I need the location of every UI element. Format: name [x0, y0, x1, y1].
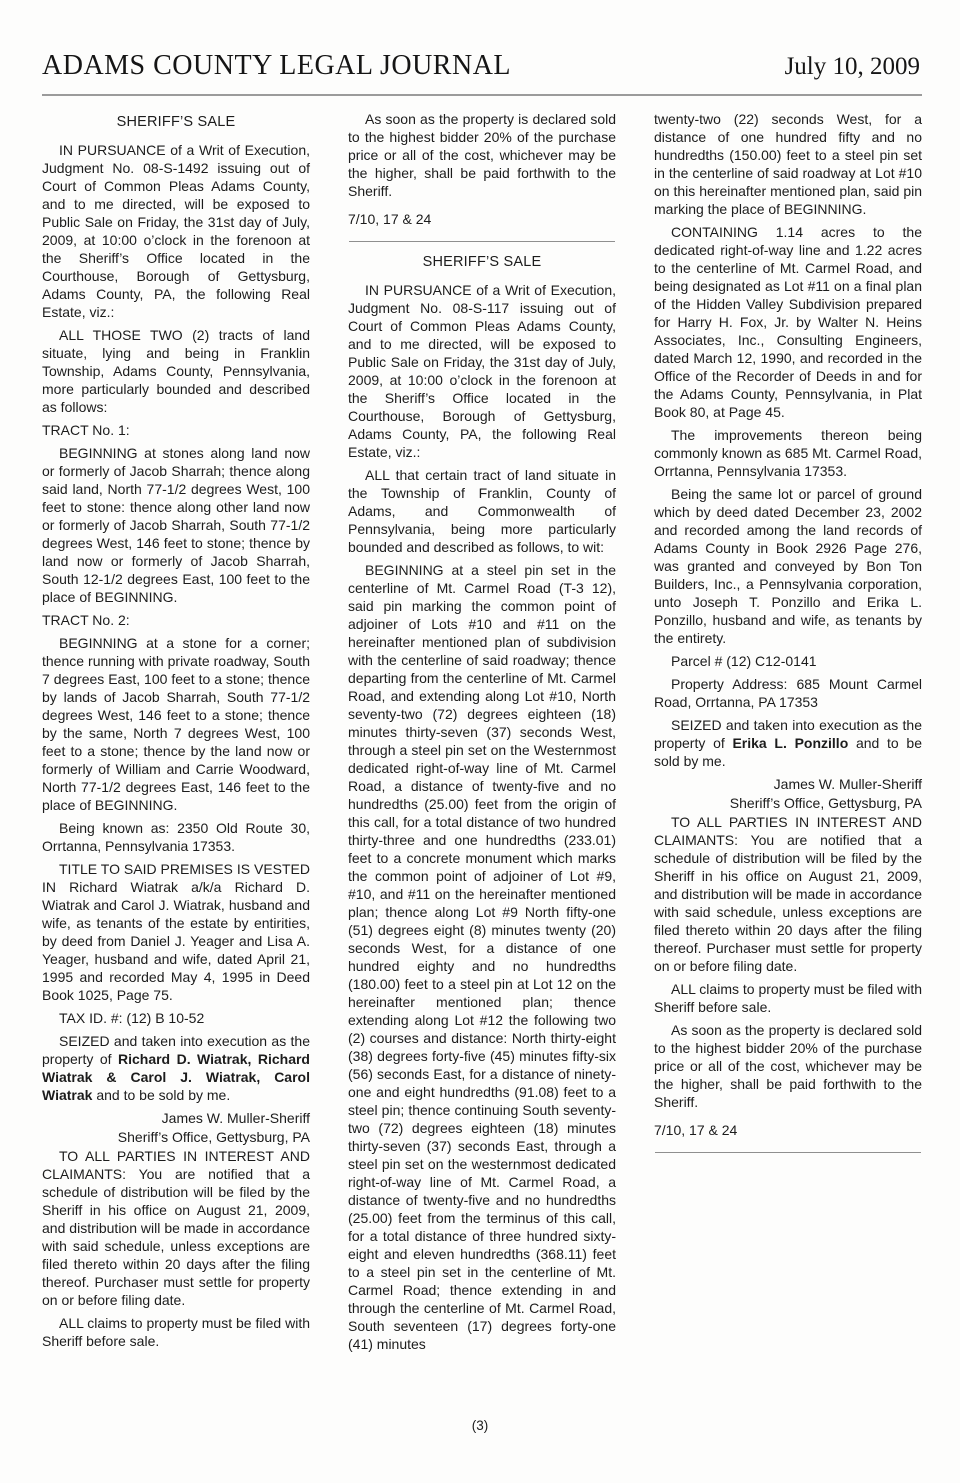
- signature-line: Sheriff’s Office, Gettysburg, PA: [42, 1128, 310, 1146]
- notice-heading: SHERIFF’S SALE: [348, 253, 616, 271]
- paragraph: IN PURSUANCE of a Writ of Execution, Jud…: [42, 141, 310, 321]
- paragraph: TRACT No. 1:: [42, 421, 310, 439]
- page-number: (3): [0, 1418, 960, 1433]
- paragraph: BEGINNING at a stone for a corner; thenc…: [42, 634, 310, 814]
- paragraph: As soon as the property is declared sold…: [348, 110, 616, 200]
- paragraph: IN PURSUANCE of a Writ of Execution, Jud…: [348, 281, 616, 461]
- paragraph: CONTAINING 1.14 acres to the dedicated r…: [654, 223, 922, 421]
- publication-dates: 7/10, 17 & 24: [348, 210, 616, 228]
- paragraph: ALL that certain tract of land situate i…: [348, 466, 616, 556]
- signature-line: James W. Muller-Sheriff: [654, 775, 922, 793]
- paragraph: The improvements thereon being commonly …: [654, 426, 922, 480]
- paragraph: TAX ID. #: (12) B 10-52: [42, 1009, 310, 1027]
- column-3: twenty-two (22) seconds West, for a dist…: [654, 110, 922, 1358]
- paragraph: TO ALL PARTIES IN INTEREST AND CLAIMANTS…: [654, 813, 922, 975]
- publication-dates: 7/10, 17 & 24: [654, 1121, 922, 1139]
- paragraph: Parcel # (12) C12-0141: [654, 652, 922, 670]
- paragraph: SEIZED and taken into execution as the p…: [42, 1032, 310, 1104]
- paragraph: TO ALL PARTIES IN INTEREST AND CLAIMANTS…: [42, 1147, 310, 1309]
- paragraph: twenty-two (22) seconds West, for a dist…: [654, 110, 922, 218]
- column-1: SHERIFF’S SALEIN PURSUANCE of a Writ of …: [42, 110, 310, 1358]
- journal-title: ADAMS COUNTY LEGAL JOURNAL: [42, 50, 511, 82]
- paragraph: BEGINNING at stones along land now or fo…: [42, 444, 310, 606]
- content-columns: SHERIFF’S SALEIN PURSUANCE of a Writ of …: [42, 110, 922, 1358]
- notice-heading: SHERIFF’S SALE: [42, 113, 310, 131]
- column-2: As soon as the property is declared sold…: [348, 110, 616, 1358]
- paragraph: TITLE TO SAID PREMISES IS VESTED IN Rich…: [42, 860, 310, 1004]
- paragraph: TRACT No. 2:: [42, 611, 310, 629]
- notice-divider: [655, 1152, 921, 1153]
- paragraph: BEGINNING at a steel pin set in the cent…: [348, 561, 616, 1353]
- paragraph: Being known as: 2350 Old Route 30, Orrta…: [42, 819, 310, 855]
- signature-line: James W. Muller-Sheriff: [42, 1109, 310, 1127]
- paragraph: Property Address: 685 Mount Carmel Road,…: [654, 675, 922, 711]
- paragraph: ALL claims to property must be filed wit…: [654, 980, 922, 1016]
- paragraph: ALL THOSE TWO (2) tracts of land situate…: [42, 326, 310, 416]
- paragraph: As soon as the property is declared sold…: [654, 1021, 922, 1111]
- paragraph: ALL claims to property must be filed wit…: [42, 1314, 310, 1350]
- paragraph: SEIZED and taken into execution as the p…: [654, 716, 922, 770]
- paragraph: Being the same lot or parcel of ground w…: [654, 485, 922, 647]
- issue-date: July 10, 2009: [785, 53, 920, 81]
- masthead: ADAMS COUNTY LEGAL JOURNAL July 10, 2009: [42, 0, 922, 96]
- document-page: ADAMS COUNTY LEGAL JOURNAL July 10, 2009…: [0, 0, 960, 1483]
- signature-line: Sheriff’s Office, Gettysburg, PA: [654, 794, 922, 812]
- notice-divider: [349, 241, 615, 242]
